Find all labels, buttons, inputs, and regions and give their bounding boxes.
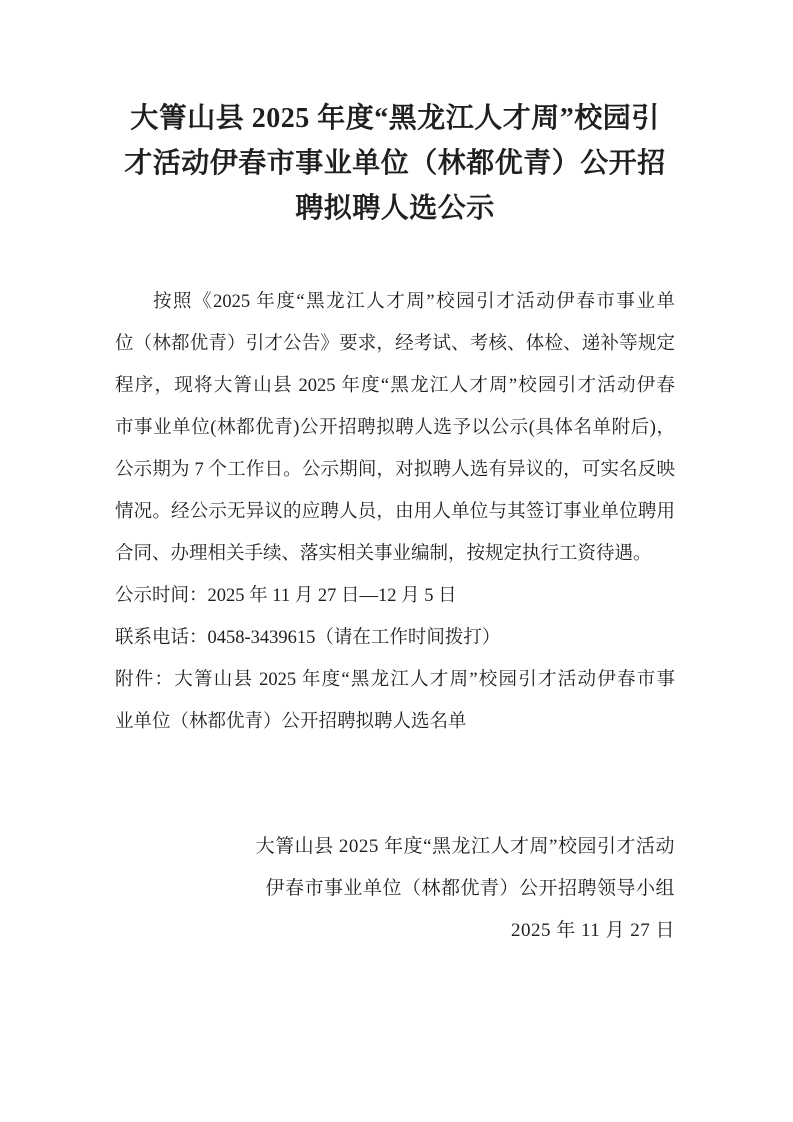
body-paragraph-line: 按照《2025 年度“黑龙江人才周”校园引才活动伊春市事业单 [115,281,675,323]
title-line-3: 聘拟聘人选公示 [115,186,675,231]
body-paragraph-line: 位（林都优青）引才公告》要求，经考试、考核、体检、递补等规定 [115,323,675,365]
document-body: 按照《2025 年度“黑龙江人才周”校园引才活动伊春市事业单 位（林都优青）引才… [115,281,675,743]
publicity-period-line: 公示时间：2025 年 11 月 27 日—12 月 5 日 [115,575,675,617]
body-paragraph-line: 合同、办理相关手续、落实相关事业编制，按规定执行工资待遇。 [115,533,675,575]
document-content: 大箐山县 2025 年度“黑龙江人才周”校园引 才活动伊春市事业单位（林都优青）… [115,0,675,952]
signature-block: 大箐山县 2025 年度“黑龙江人才周”校园引才活动 伊春市事业单位（林都优青）… [115,826,675,952]
attachment-line: 附件：大箐山县 2025 年度“黑龙江人才周”校园引才活动伊春市事 [115,659,675,701]
document-page: 大箐山县 2025 年度“黑龙江人才周”校园引 才活动伊春市事业单位（林都优青）… [0,0,793,1122]
attachment-line: 业单位（林都优青）公开招聘拟聘人选名单 [115,701,675,743]
signature-org-line-2: 伊春市事业单位（林都优青）公开招聘领导小组 [115,868,675,910]
title-line-2: 才活动伊春市事业单位（林都优青）公开招 [115,141,675,186]
title-line-1: 大箐山县 2025 年度“黑龙江人才周”校园引 [115,96,675,141]
body-paragraph-line: 情况。经公示无异议的应聘人员，由用人单位与其签订事业单位聘用 [115,491,675,533]
body-paragraph-line: 公示期为 7 个工作日。公示期间，对拟聘人选有异议的，可实名反映 [115,449,675,491]
contact-phone-line: 联系电话：0458-3439615（请在工作时间拨打） [115,617,675,659]
body-paragraph-line: 程序，现将大箐山县 2025 年度“黑龙江人才周”校园引才活动伊春 [115,365,675,407]
signature-date: 2025 年 11 月 27 日 [115,910,675,952]
signature-org-line-1: 大箐山县 2025 年度“黑龙江人才周”校园引才活动 [115,826,675,868]
body-paragraph-line: 市事业单位(林都优青)公开招聘拟聘人选予以公示(具体名单附后)， [115,407,675,449]
document-title: 大箐山县 2025 年度“黑龙江人才周”校园引 才活动伊春市事业单位（林都优青）… [115,96,675,231]
